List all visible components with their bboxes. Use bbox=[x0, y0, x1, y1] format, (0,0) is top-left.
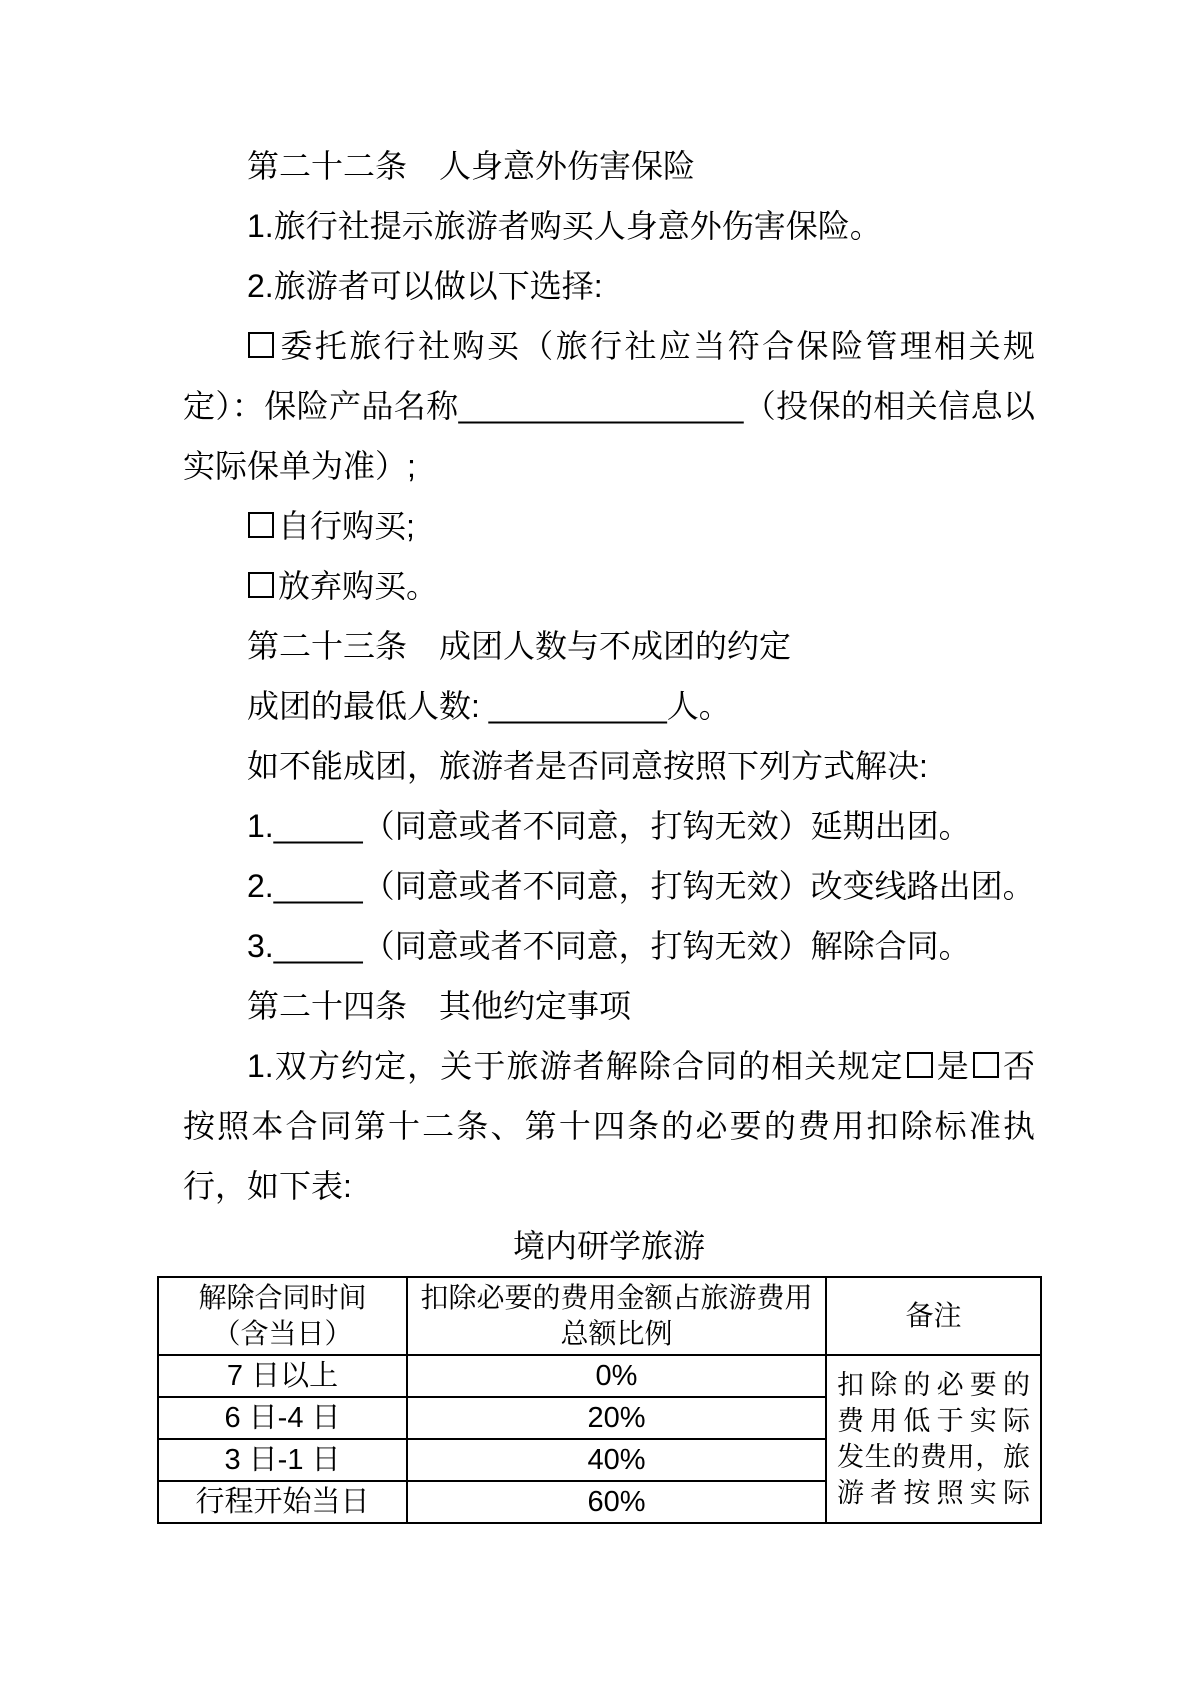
contract-document-page: 第二十二条 人身意外伤害保险 1.旅行社提示旅游者购买人身意外伤害保险。 2.旅… bbox=[0, 0, 1190, 1682]
agree-or-not-blank-field[interactable]: _____ bbox=[274, 868, 363, 904]
header-line: 解除合同时间 bbox=[159, 1280, 406, 1316]
article-22-heading: 第二十二条 人身意外伤害保险 bbox=[183, 136, 1035, 196]
resolution-item-terminate-contract: 3._____（同意或者不同意，打钩无效）解除合同。 bbox=[183, 916, 1035, 976]
header-line: 总额比例 bbox=[408, 1316, 825, 1352]
table-row: 7 日以上 0% 扣除的必要的 费用低于实际 发生的费用，旅 游者按照实际 bbox=[158, 1355, 1041, 1397]
item-number: 1. bbox=[247, 808, 274, 844]
item-text: （同意或者不同意，打钩无效）解除合同。 bbox=[363, 928, 971, 964]
article-24-heading: 第二十四条 其他约定事项 bbox=[183, 976, 1035, 1036]
item-number: 3. bbox=[247, 928, 274, 964]
agree-or-not-blank-field[interactable]: _____ bbox=[274, 808, 363, 844]
header-deduction-ratio: 扣除必要的费用金额占旅游费用 总额比例 bbox=[407, 1277, 826, 1355]
minimum-group-size-suffix: 人。 bbox=[667, 688, 731, 724]
insurance-option-self-purchase: 自行购买; bbox=[183, 496, 1035, 556]
clause-text: 1.双方约定，关于旅游者解除合同的相关规定 bbox=[247, 1048, 904, 1084]
checkbox-no-icon[interactable] bbox=[973, 1052, 999, 1078]
remark-line: 费用低于实际 bbox=[837, 1403, 1030, 1439]
item-number: 2. bbox=[247, 868, 274, 904]
cell-percent: 40% bbox=[407, 1439, 826, 1481]
insurance-option-agent-purchase: 委托旅行社购买（旅行社应当符合保险管理相关规定）：保险产品名称_________… bbox=[183, 316, 1035, 496]
resolution-item-change-route: 2._____（同意或者不同意，打钩无效）改变线路出团。 bbox=[183, 856, 1035, 916]
article-23-heading: 第二十三条 成团人数与不成团的约定 bbox=[183, 616, 1035, 676]
agree-or-not-blank-field[interactable]: _____ bbox=[274, 928, 363, 964]
article-23-clause-2: 如不能成团，旅游者是否同意按照下列方式解决: bbox=[183, 736, 1035, 796]
minimum-group-size-label: 成团的最低人数: bbox=[247, 688, 489, 724]
minimum-group-size-blank-field[interactable]: __________ bbox=[489, 688, 667, 724]
header-remark: 备注 bbox=[826, 1277, 1041, 1355]
minimum-group-size-line: 成团的最低人数: __________人。 bbox=[183, 676, 1035, 736]
checkbox-yes-icon[interactable] bbox=[907, 1052, 933, 1078]
cell-percent: 20% bbox=[407, 1397, 826, 1439]
cell-percent: 0% bbox=[407, 1355, 826, 1397]
yes-label: 是 bbox=[936, 1048, 970, 1084]
article-22-clause-2: 2.旅游者可以做以下选择: bbox=[183, 256, 1035, 316]
option-text: 放弃购买。 bbox=[278, 568, 438, 604]
cell-time: 3 日-1 日 bbox=[158, 1439, 407, 1481]
checkbox-icon[interactable] bbox=[248, 572, 274, 598]
header-line: （含当日） bbox=[159, 1316, 406, 1352]
remark-line: 发生的费用，旅 bbox=[837, 1439, 1030, 1475]
resolution-item-postpone: 1._____（同意或者不同意，打钩无效）延期出团。 bbox=[183, 796, 1035, 856]
header-line: 扣除必要的费用金额占旅游费用 bbox=[408, 1280, 825, 1316]
remark-line: 扣除的必要的 bbox=[837, 1367, 1030, 1403]
header-cancellation-time: 解除合同时间 （含当日） bbox=[158, 1277, 407, 1355]
checkbox-icon[interactable] bbox=[248, 512, 274, 538]
checkbox-icon[interactable] bbox=[248, 332, 274, 358]
clause-text: 按照本合同第十二条、第十四条的必要的费用扣除标准执行，如下表: bbox=[183, 1108, 1035, 1204]
insurance-option-waive-purchase: 放弃购买。 bbox=[183, 556, 1035, 616]
insurance-product-name-blank-field[interactable]: ________________ bbox=[459, 388, 744, 424]
table-title-domestic-study-tour: 境内研学旅游 bbox=[183, 1216, 1035, 1276]
item-text: （同意或者不同意，打钩无效）延期出团。 bbox=[363, 808, 971, 844]
cell-remark: 扣除的必要的 费用低于实际 发生的费用，旅 游者按照实际 bbox=[826, 1355, 1041, 1523]
item-text: （同意或者不同意，打钩无效）改变线路出团。 bbox=[363, 868, 1035, 904]
no-label: 否 bbox=[1002, 1048, 1035, 1084]
remark-line: 游者按照实际 bbox=[837, 1475, 1030, 1511]
cell-time: 行程开始当日 bbox=[158, 1481, 407, 1523]
article-22-clause-1: 1.旅行社提示旅游者购买人身意外伤害保险。 bbox=[183, 196, 1035, 256]
cell-percent: 60% bbox=[407, 1481, 826, 1523]
cell-time: 6 日-4 日 bbox=[158, 1397, 407, 1439]
option-text: 自行购买; bbox=[278, 508, 415, 544]
table-header-row: 解除合同时间 （含当日） 扣除必要的费用金额占旅游费用 总额比例 备注 bbox=[158, 1277, 1041, 1355]
article-24-clause-1: 1.双方约定，关于旅游者解除合同的相关规定是否按照本合同第十二条、第十四条的必要… bbox=[183, 1036, 1035, 1216]
cell-time: 7 日以上 bbox=[158, 1355, 407, 1397]
cancellation-fee-table: 解除合同时间 （含当日） 扣除必要的费用金额占旅游费用 总额比例 备注 7 日以… bbox=[157, 1276, 1042, 1524]
